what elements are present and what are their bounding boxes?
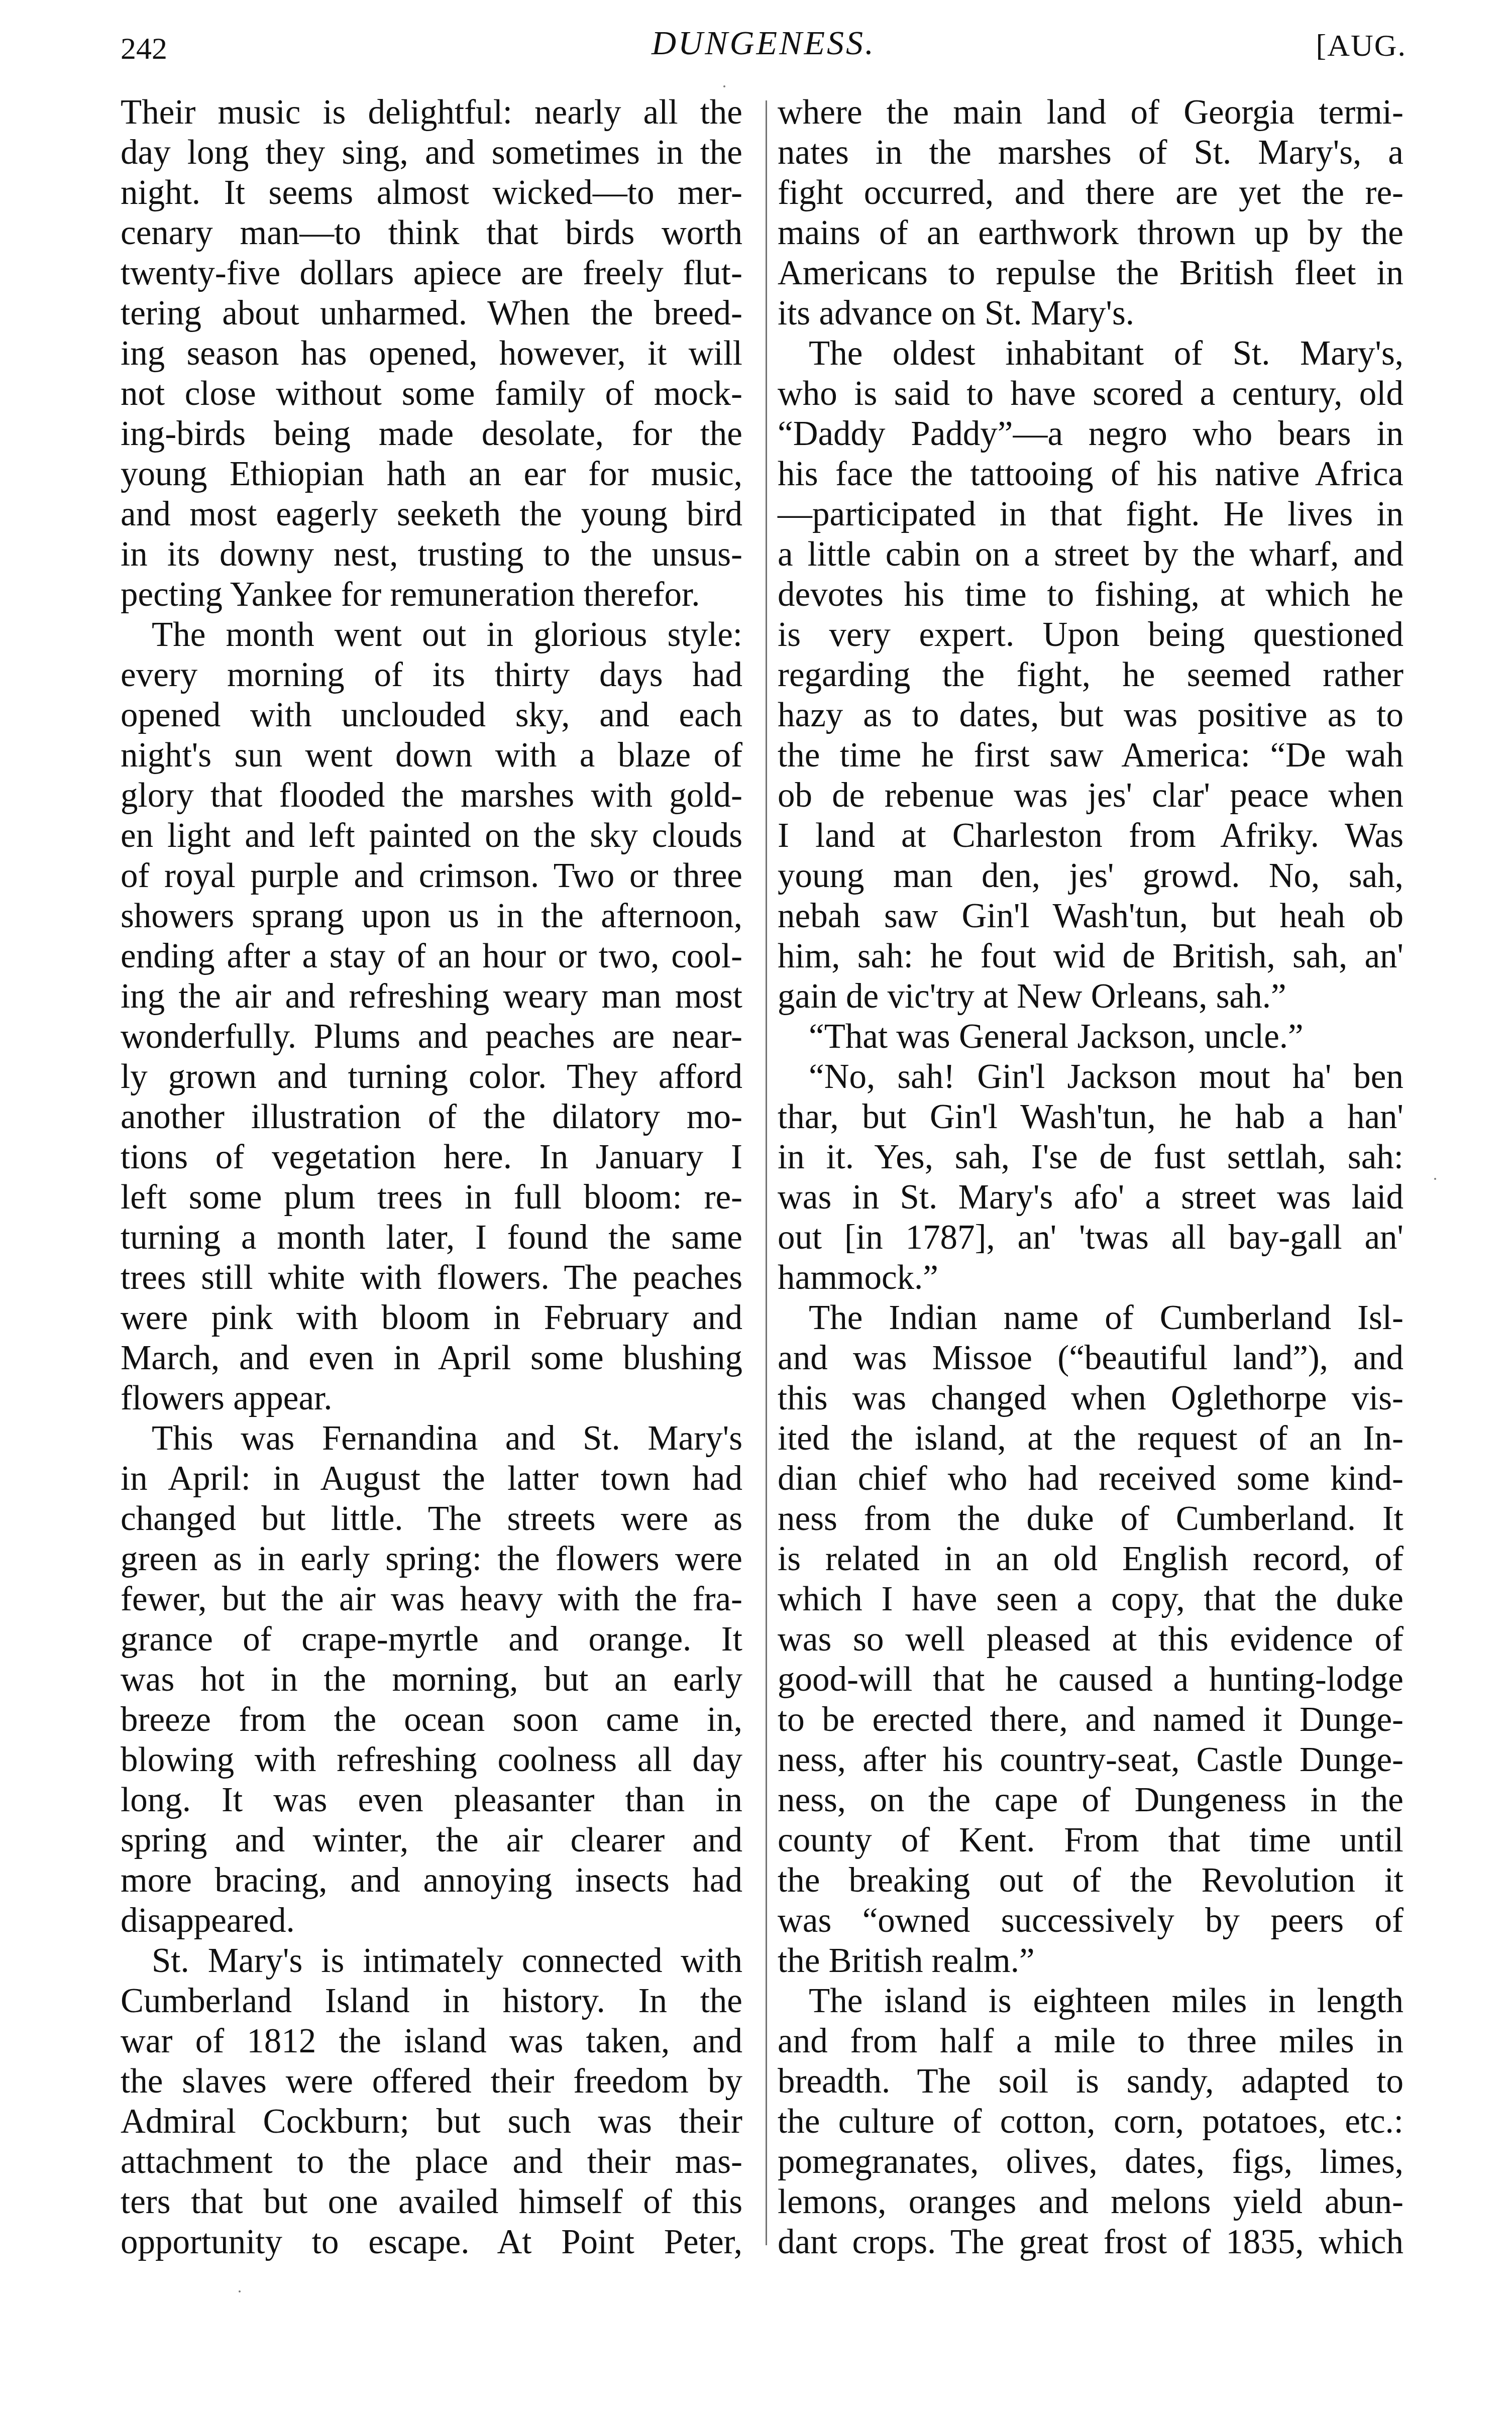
text-line: and from half a mile to three miles in — [778, 2021, 1403, 2061]
text-line: The month went out in glorious style: — [121, 614, 742, 654]
text-line: turning a month later, I found the same — [121, 1217, 742, 1257]
text-line: Admiral Cockburn; but such was their — [121, 2101, 742, 2141]
text-line: St. Mary's is intimately connected with — [121, 1940, 742, 1981]
text-line: flowers appear. — [121, 1378, 742, 1418]
text-line: breeze from the ocean soon came in, — [121, 1699, 742, 1739]
text-line: day long they sing, and sometimes in the — [121, 132, 742, 172]
text-line: was “owned successively by peers of — [778, 1900, 1403, 1940]
text-line: out [in 1787], an' 'twas all bay-gall an… — [778, 1217, 1403, 1257]
text-line: ob de rebenue was jes' clar' peace when — [778, 775, 1403, 815]
text-line: good-will that he caused a hunting-lodge — [778, 1659, 1403, 1699]
text-line: green as in early spring: the flowers we… — [121, 1539, 742, 1579]
text-line: every morning of its thirty days had — [121, 654, 742, 695]
text-line: opened with unclouded sky, and each — [121, 695, 742, 735]
text-line: regarding the fight, he seemed rather — [778, 654, 1403, 695]
text-line: ters that but one availed himself of thi… — [121, 2181, 742, 2222]
text-line: attachment to the place and their mas- — [121, 2141, 742, 2181]
text-line: was in St. Mary's afo' a street was laid — [778, 1177, 1403, 1217]
text-line: fewer, but the air was heavy with the fr… — [121, 1579, 742, 1619]
text-line: glory that flooded the marshes with gold… — [121, 775, 742, 815]
text-line: wonderfully. Plums and peaches are near- — [121, 1016, 742, 1056]
text-line: left some plum trees in full bloom: re- — [121, 1177, 742, 1217]
text-line: the breaking out of the Revolution it — [778, 1860, 1403, 1900]
text-line: devotes his time to fishing, at which he — [778, 574, 1403, 614]
text-line: the British realm.” — [778, 1940, 1403, 1981]
text-line: —participated in that fight. He lives in — [778, 494, 1403, 534]
text-line: changed but little. The streets were as — [121, 1498, 742, 1539]
text-line: fight occurred, and there are yet the re… — [778, 172, 1403, 212]
text-line: This was Fernandina and St. Mary's — [121, 1418, 742, 1458]
text-line: pomegranates, olives, dates, figs, limes… — [778, 2141, 1403, 2181]
text-line: ness, after his country-seat, Castle Dun… — [778, 1739, 1403, 1780]
text-line: its advance on St. Mary's. — [778, 293, 1403, 333]
text-line: tions of vegetation here. In January I — [121, 1137, 742, 1177]
text-line: who is said to have scored a century, ol… — [778, 373, 1403, 413]
text-line: spring and winter, the air clearer and — [121, 1820, 742, 1860]
running-head: 242 DUNGENESS. [AUG. — [121, 20, 1407, 75]
text-line: night's sun went down with a blaze of — [121, 735, 742, 775]
text-line: nates in the marshes of St. Mary's, a — [778, 132, 1403, 172]
text-line: war of 1812 the island was taken, and — [121, 2021, 742, 2061]
text-line: trees still white with flowers. The peac… — [121, 1257, 742, 1297]
text-line: this was changed when Oglethorpe vis- — [778, 1378, 1403, 1418]
text-line: Americans to repulse the British fleet i… — [778, 253, 1403, 293]
text-line: night. It seems almost wicked—to mer- — [121, 172, 742, 212]
text-line: was hot in the morning, but an early — [121, 1659, 742, 1699]
text-line: more bracing, and annoying insects had — [121, 1860, 742, 1900]
text-line: blowing with refreshing coolness all day — [121, 1739, 742, 1780]
text-line: long. It was even pleasanter than in — [121, 1780, 742, 1820]
text-line: young man den, jes' growd. No, sah, — [778, 855, 1403, 896]
text-line: where the main land of Georgia termi- — [778, 92, 1403, 132]
text-line: young Ethiopian hath an ear for music, — [121, 454, 742, 494]
text-line: grance of crape-myrtle and orange. It — [121, 1619, 742, 1659]
text-line: were pink with bloom in February and — [121, 1297, 742, 1338]
text-line: the slaves were offered their freedom by — [121, 2061, 742, 2101]
text-line: which I have seen a copy, that the duke — [778, 1579, 1403, 1619]
text-line: ly grown and turning color. They afford — [121, 1056, 742, 1096]
text-line: mains of an earthwork thrown up by the — [778, 212, 1403, 253]
text-line: was so well pleased at this evidence of — [778, 1619, 1403, 1659]
text-line: showers sprang upon us in the afternoon, — [121, 896, 742, 936]
text-line: ness from the duke of Cumberland. It — [778, 1498, 1403, 1539]
text-line: a little cabin on a street by the wharf,… — [778, 534, 1403, 574]
running-month: [AUG. — [1316, 28, 1407, 64]
text-line: The island is eighteen miles in length — [778, 1981, 1403, 2021]
text-line: is related in an old English record, of — [778, 1539, 1403, 1579]
text-line: I land at Charleston from Afriky. Was — [778, 815, 1403, 855]
text-line: ited the island, at the request of an In… — [778, 1418, 1403, 1458]
text-line: Cumberland Island in history. In the — [121, 1981, 742, 2021]
text-line: ing-birds being made desolate, for the — [121, 413, 742, 454]
text-line: the culture of cotton, corn, potatoes, e… — [778, 2101, 1403, 2141]
text-line: hammock.” — [778, 1257, 1403, 1297]
text-line: The oldest inhabitant of St. Mary's, — [778, 333, 1403, 373]
text-line: en light and left painted on the sky clo… — [121, 815, 742, 855]
text-line: March, and even in April some blushing — [121, 1338, 742, 1378]
text-line: lemons, oranges and melons yield abun- — [778, 2181, 1403, 2222]
text-line: breadth. The soil is sandy, adapted to — [778, 2061, 1403, 2101]
text-line: Their music is delightful: nearly all th… — [121, 92, 742, 132]
text-line: opportunity to escape. At Point Peter, — [121, 2222, 742, 2262]
text-line: ing the air and refreshing weary man mos… — [121, 976, 742, 1016]
text-line: dant crops. The great frost of 1835, whi… — [778, 2222, 1403, 2262]
text-line: “That was General Jackson, uncle.” — [778, 1016, 1403, 1056]
text-line: is very expert. Upon being questioned — [778, 614, 1403, 654]
print-speck — [239, 2290, 241, 2292]
text-line: nebah saw Gin'l Wash'tun, but heah ob — [778, 896, 1403, 936]
text-line: gain de vic'try at New Orleans, sah.” — [778, 976, 1403, 1016]
left-column: Their music is delightful: nearly all th… — [121, 92, 742, 2262]
column-divider — [766, 100, 767, 2245]
text-line: not close without some family of mock- — [121, 373, 742, 413]
text-line: of royal purple and crimson. Two or thre… — [121, 855, 742, 896]
text-line: him, sah: he fout wid de British, sah, a… — [778, 936, 1403, 976]
text-line: hazy as to dates, but was positive as to — [778, 695, 1403, 735]
print-speck — [1434, 1178, 1436, 1180]
text-line: ing season has opened, however, it will — [121, 333, 742, 373]
text-line: pecting Yankee for remuneration therefor… — [121, 574, 742, 614]
text-line: twenty-five dollars apiece are freely fl… — [121, 253, 742, 293]
text-line: and was Missoe (“beautiful land”), and — [778, 1338, 1403, 1378]
text-line: county of Kent. From that time until — [778, 1820, 1403, 1860]
text-line: in April: in August the latter town had — [121, 1458, 742, 1498]
text-line: in it. Yes, sah, I'se de fust settlah, s… — [778, 1137, 1403, 1177]
print-speck — [723, 85, 725, 87]
text-line: disappeared. — [121, 1900, 742, 1940]
text-line: dian chief who had received some kind- — [778, 1458, 1403, 1498]
text-line: to be erected there, and named it Dunge- — [778, 1699, 1403, 1739]
text-line: ness, on the cape of Dungeness in the — [778, 1780, 1403, 1820]
text-line: cenary man—to think that birds worth — [121, 212, 742, 253]
text-line: thar, but Gin'l Wash'tun, he hab a han' — [778, 1096, 1403, 1137]
text-line: tering about unharmed. When the breed- — [121, 293, 742, 333]
text-line: “Daddy Paddy”—a negro who bears in — [778, 413, 1403, 454]
text-line: in its downy nest, trusting to the unsus… — [121, 534, 742, 574]
running-title: DUNGENESS. — [121, 23, 1407, 63]
text-line: ending after a stay of an hour or two, c… — [121, 936, 742, 976]
text-line: The Indian name of Cumberland Isl- — [778, 1297, 1403, 1338]
text-line: his face the tattooing of his native Afr… — [778, 454, 1403, 494]
right-column: where the main land of Georgia termi-nat… — [778, 92, 1403, 2262]
text-line: and most eagerly seeketh the young bird — [121, 494, 742, 534]
text-line: “No, sah! Gin'l Jackson mout ha' ben — [778, 1056, 1403, 1096]
text-line: the time he first saw America: “De wah — [778, 735, 1403, 775]
text-line: another illustration of the dilatory mo- — [121, 1096, 742, 1137]
